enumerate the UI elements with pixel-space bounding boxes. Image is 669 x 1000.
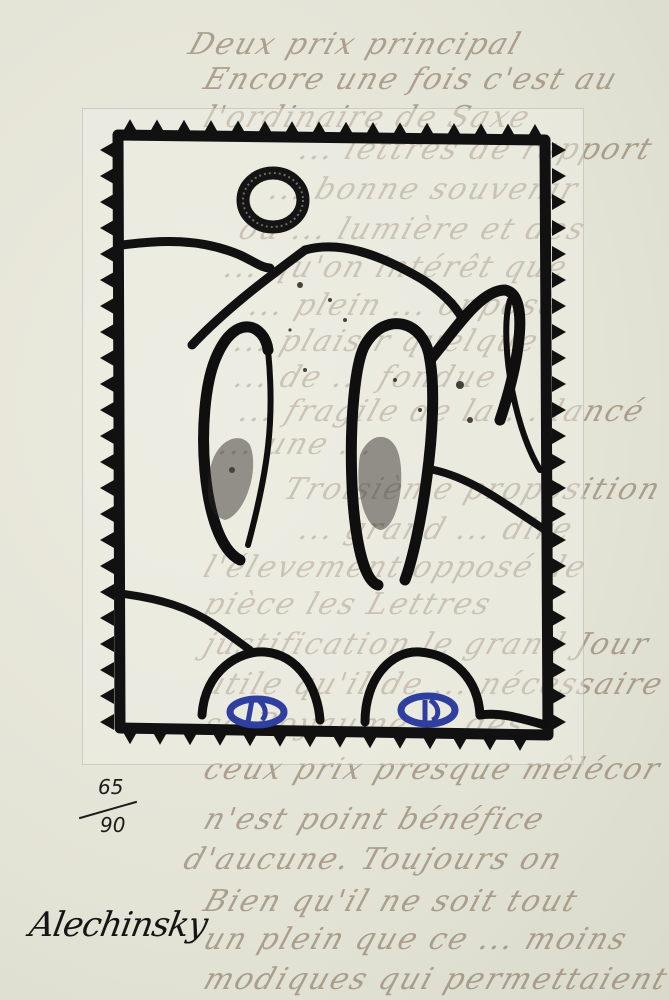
eye-left-icon xyxy=(230,699,284,725)
figure-arches xyxy=(204,290,540,585)
eye-right-icon xyxy=(401,696,455,724)
sun-circle xyxy=(243,173,303,227)
artwork-canvas: Deux prix principalEncore une fois c'est… xyxy=(0,0,669,1000)
edition-total: 90 xyxy=(100,813,125,837)
bottom-domes xyxy=(202,652,545,725)
artist-signature: Alechinsky xyxy=(26,905,210,945)
frame-border xyxy=(118,135,548,735)
edition-copy-number: 65 xyxy=(98,775,123,799)
frame-spikes xyxy=(100,119,566,751)
edition-number: 65 90 xyxy=(78,775,138,865)
